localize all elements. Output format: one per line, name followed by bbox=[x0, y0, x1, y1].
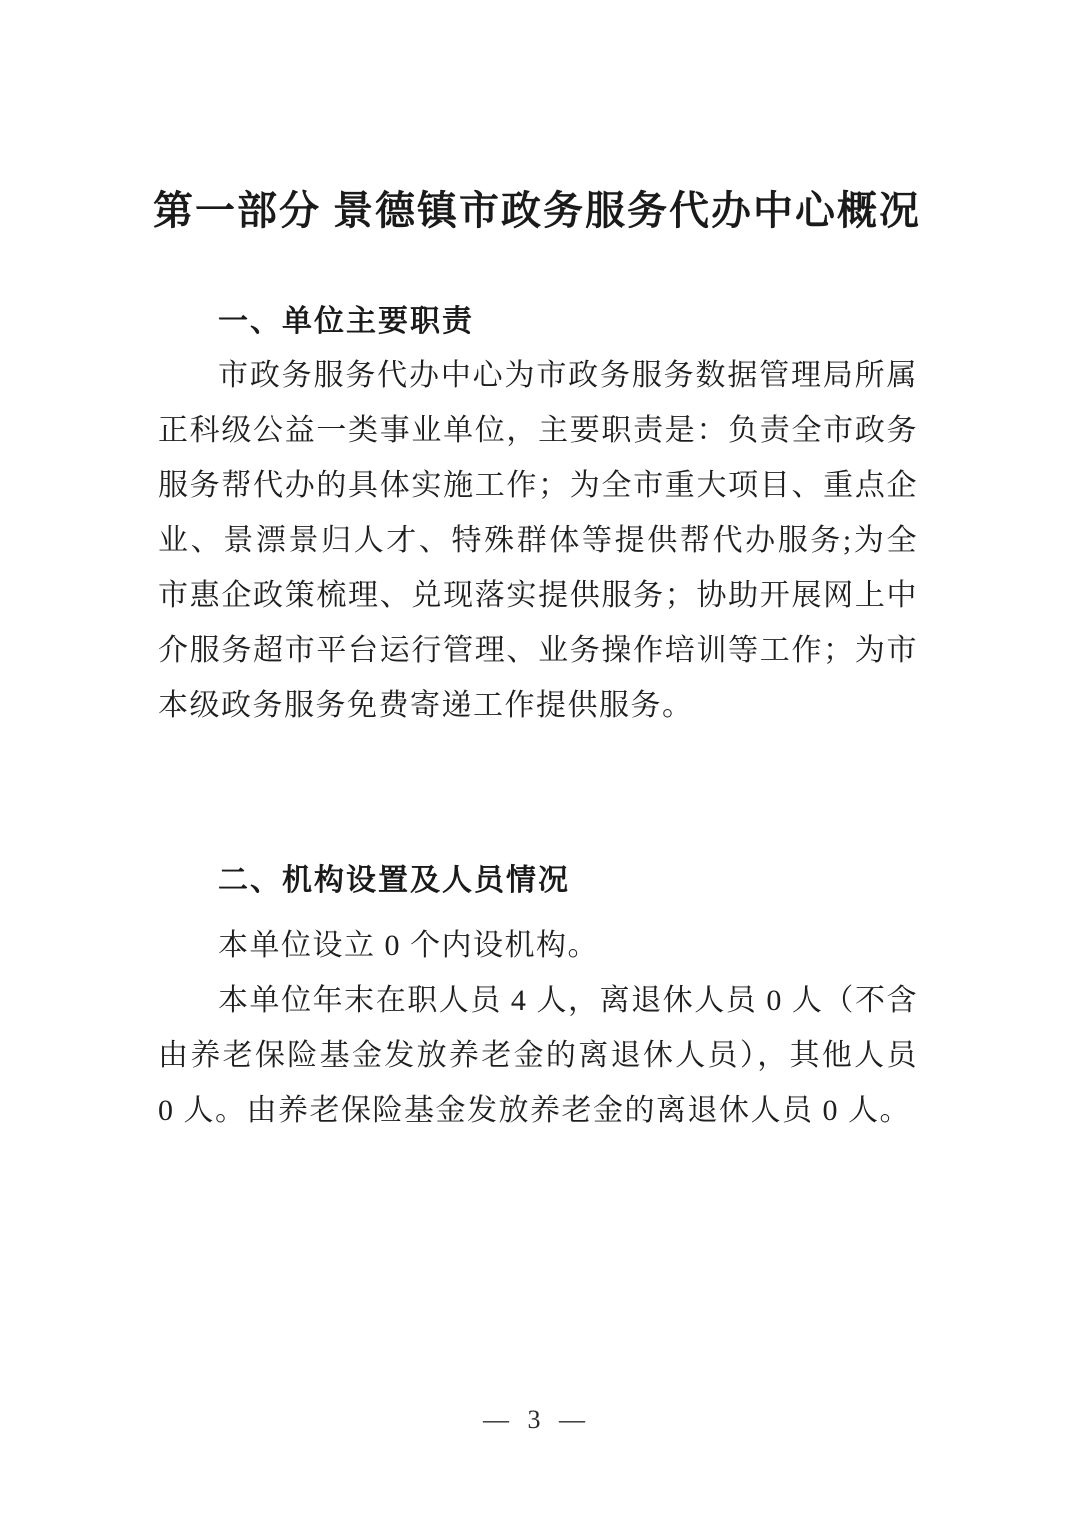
page-number: — 3 — bbox=[0, 1405, 1074, 1435]
document-page: 第一部分 景德镇市政务服务代办中心概况 一、单位主要职责 市政务服务代办中心为市… bbox=[0, 0, 1074, 1520]
section-1-heading: 一、单位主要职责 bbox=[158, 303, 918, 341]
section-2-paragraph-2: 本单位年末在职人员 4 人，离退休人员 0 人（不含由养老保险基金发放养老金的离… bbox=[158, 973, 918, 1138]
page-number-text: — 3 — bbox=[483, 1405, 591, 1434]
section-2-paragraph-1: 本单位设立 0 个内设机构。 bbox=[158, 918, 918, 973]
section-2-heading: 二、机构设置及人员情况 bbox=[158, 862, 918, 900]
section-1-paragraph: 市政务服务代办中心为市政务服务数据管理局所属正科级公益一类事业单位，主要职责是：… bbox=[158, 348, 918, 733]
document-title: 第一部分 景德镇市政务服务代办中心概况 bbox=[0, 180, 1074, 242]
